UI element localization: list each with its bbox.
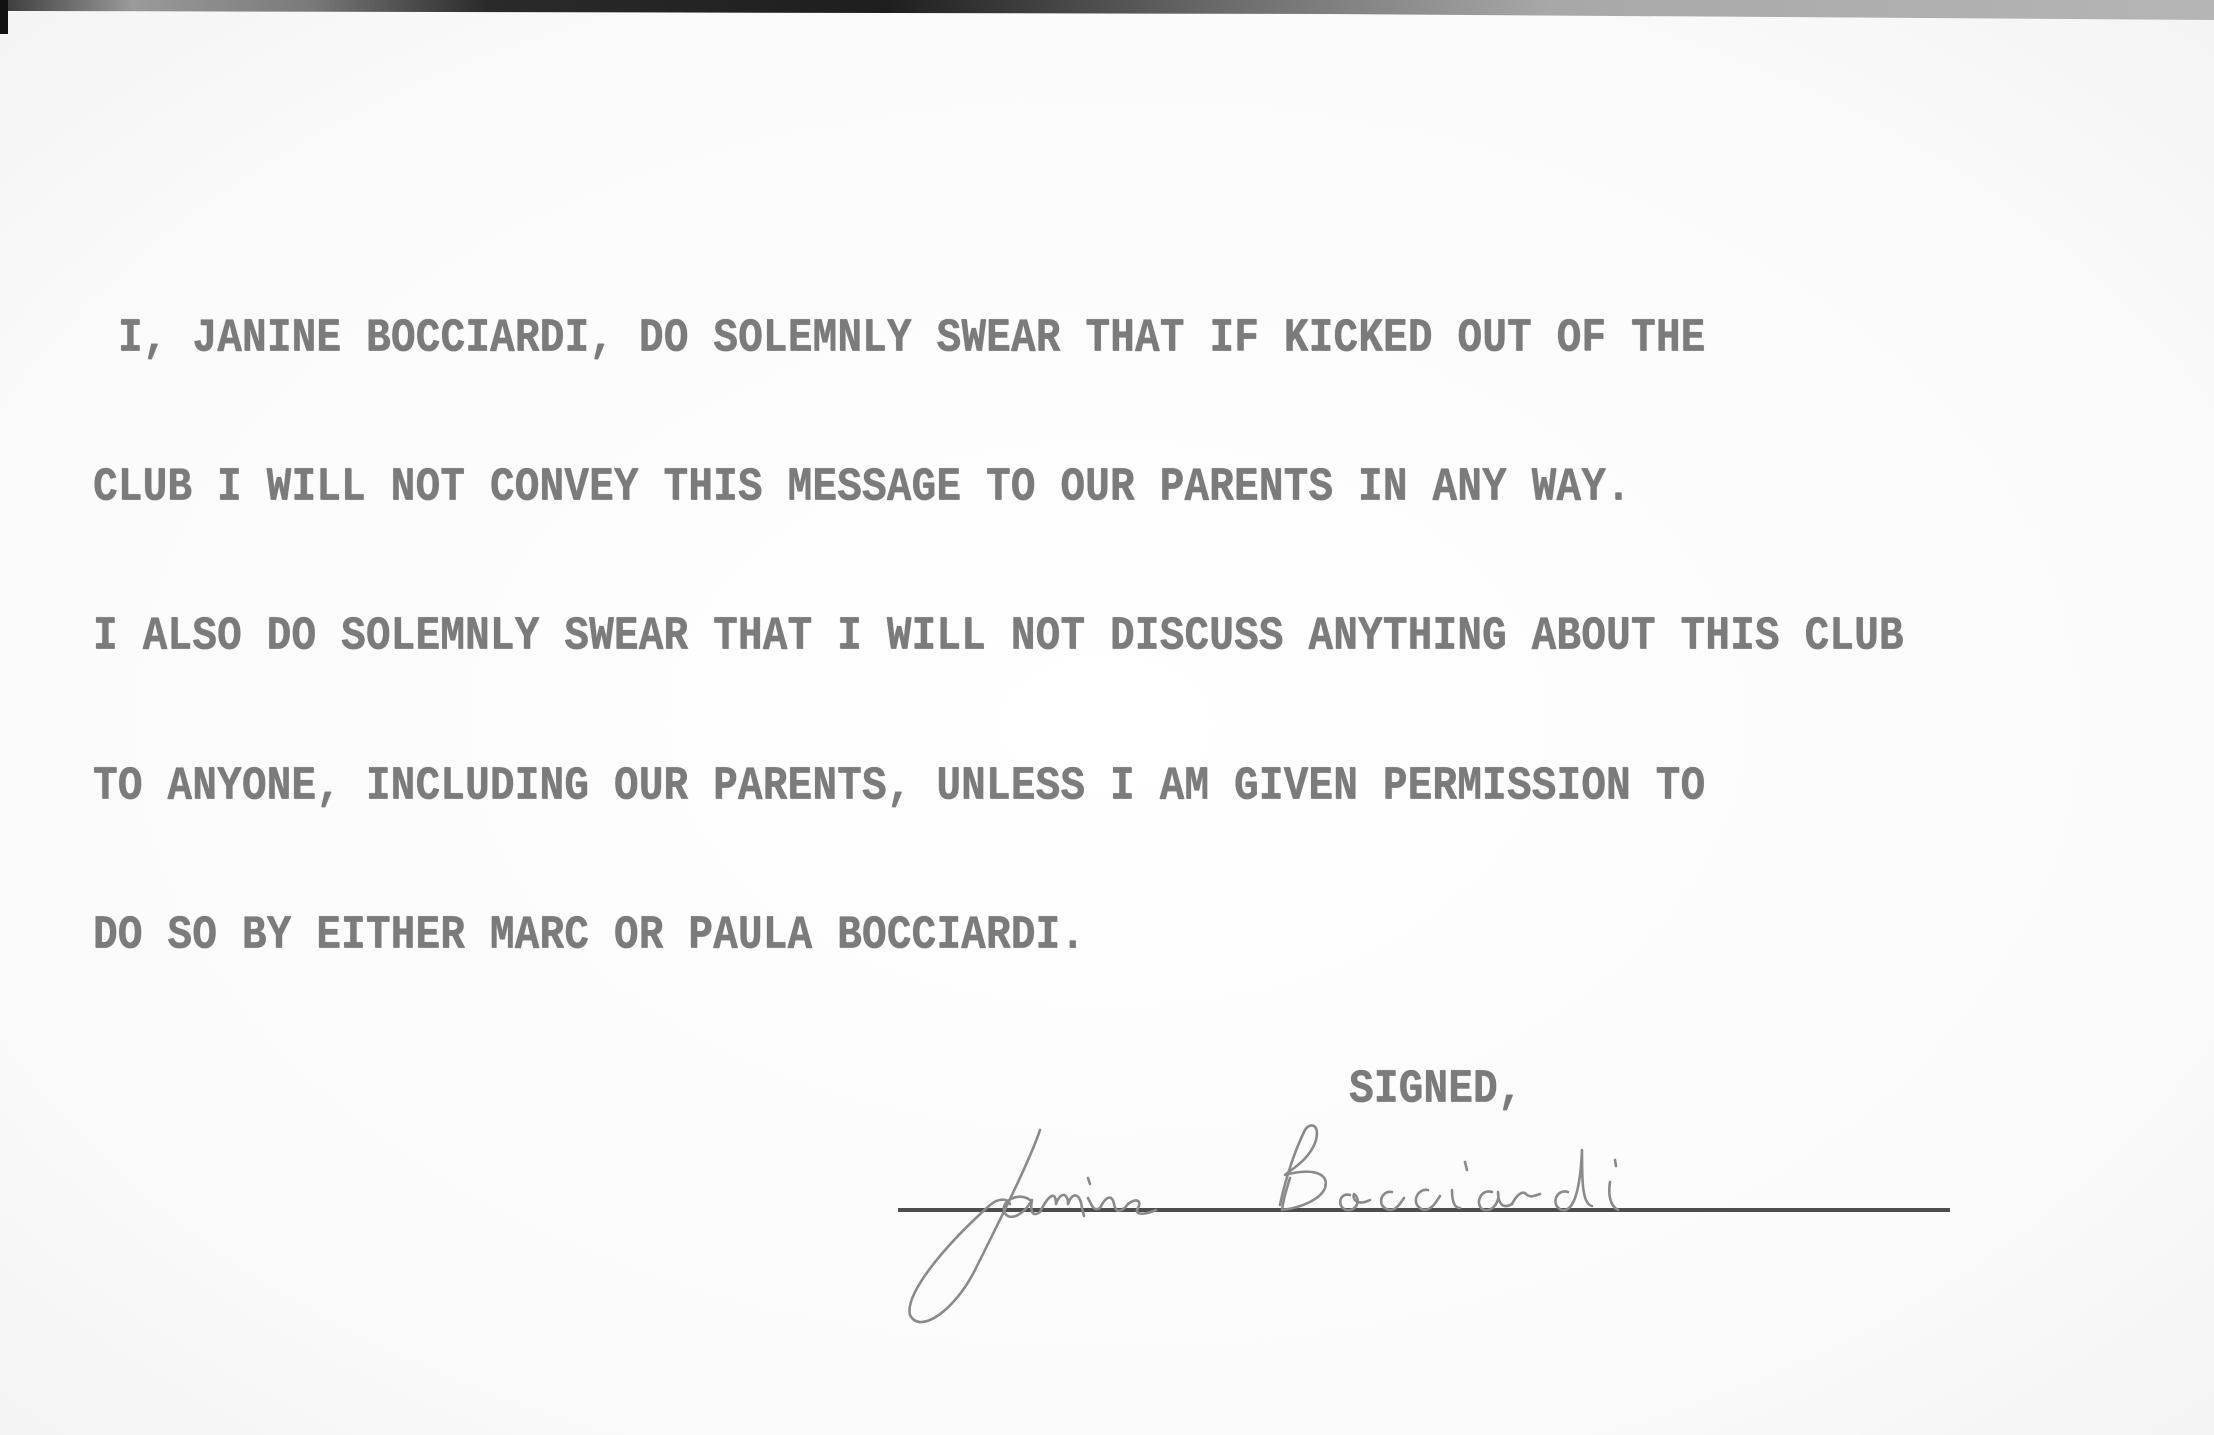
oath-line-3: I ALSO DO SOLEMNLY SWEAR THAT I WILL NOT… [93,614,1904,661]
oath-line-5: DO SO BY EITHER MARC OR PAULA BOCCIARDI. [93,913,1085,960]
oath-line-1: I, JANINE BOCCIARDI, DO SOLEMNLY SWEAR T… [118,316,1705,363]
oath-line-2: CLUB I WILL NOT CONVEY THIS MESSAGE TO O… [93,465,1631,512]
oath-line-4: TO ANYONE, INCLUDING OUR PARENTS, UNLESS… [93,764,1705,811]
scan-corner-mark [0,0,8,34]
signature-icon [880,1100,1880,1330]
